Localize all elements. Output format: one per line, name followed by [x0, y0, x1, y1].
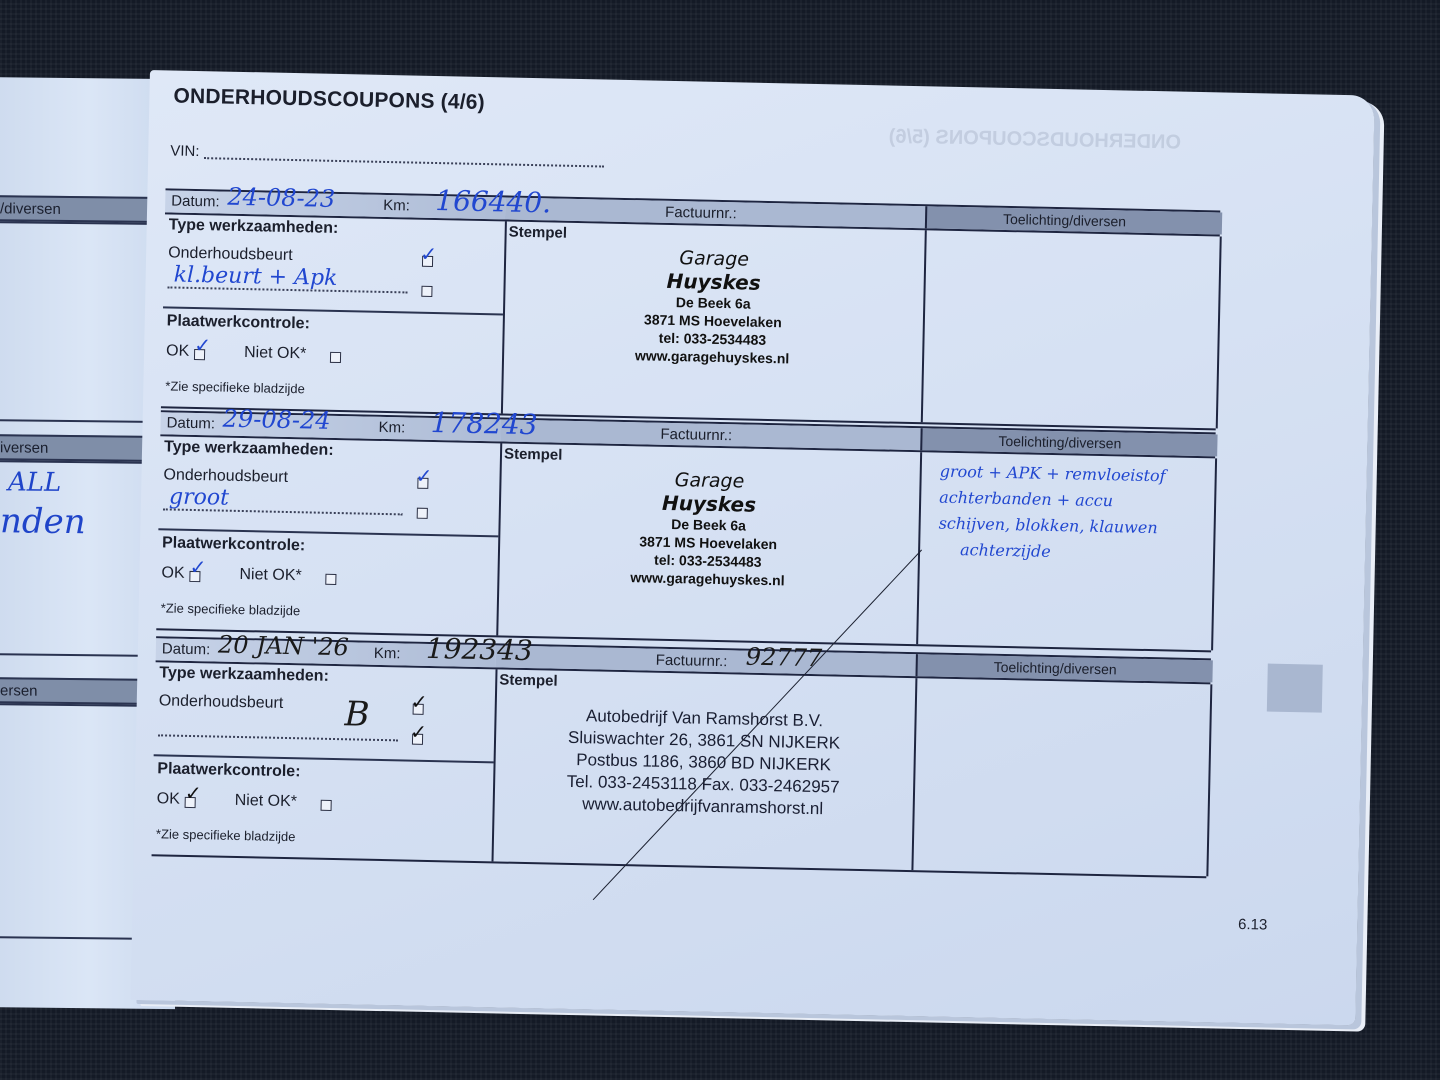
- page-title: ONDERHOUDSCOUPONS (4/6): [173, 84, 485, 115]
- datum-label: Datum:: [171, 192, 220, 210]
- plaatwerk-ok-check-icon: ✓: [194, 333, 211, 358]
- ok-label: OK: [166, 342, 189, 360]
- extra-work-checkbox[interactable]: [417, 508, 428, 519]
- plaatwerk-ok-check-icon: ✓: [185, 781, 202, 806]
- onderhoudsbeurt-check-icon: ✓: [411, 690, 428, 715]
- work-type-cell: Type werkzaamheden: Onderhoudsbeurt ✓ kl…: [161, 214, 507, 413]
- coupon-body: Type werkzaamheden: Onderhoudsbeurt ✓ kl…: [161, 214, 1220, 430]
- stamp-text: GarageHuyskesDe Beek 6a3871 MS Hoevelake…: [497, 465, 919, 592]
- coupon-1: Datum: 24-08-23 Km: 166440. Factuurnr.: …: [161, 188, 1220, 428]
- notes-list: groot + APK + remvloeistofachterbanden +…: [938, 459, 1166, 568]
- km-value[interactable]: 166440.: [435, 184, 551, 219]
- notes-cell: [911, 678, 1212, 876]
- type-werkzaamheden-label: Type werkzaamheden:: [169, 216, 339, 238]
- extra-work-value[interactable]: B: [344, 694, 370, 735]
- niet-ok-label: Niet OK*: [239, 566, 302, 585]
- bleed-through-title: ONDERHOUDSCOUPONS (5/6): [889, 125, 1182, 154]
- plaatwerkcontrole-label: Plaatwerkcontrole:: [167, 312, 311, 333]
- niet-ok-label: Niet OK*: [244, 344, 307, 363]
- booklet-page: ONDERHOUDSCOUPONS (4/6) ONDERHOUDSCOUPON…: [131, 70, 1375, 1025]
- ok-label: OK: [161, 564, 184, 582]
- notes-cell: groot + APK + remvloeistofachterbanden +…: [916, 452, 1217, 650]
- km-value[interactable]: 178243: [430, 406, 538, 441]
- page-number: 6.13: [1238, 916, 1268, 934]
- km-label: Km:: [374, 645, 401, 663]
- coupon-body: Type werkzaamheden: Onderhoudsbeurt ✓ gr…: [156, 436, 1215, 652]
- footnote: *Zie specifieke bladzijde: [165, 378, 305, 396]
- footnote: *Zie specifieke bladzijde: [156, 826, 296, 844]
- work-type-cell: Type werkzaamheden: Onderhoudsbeurt ✓ gr…: [156, 436, 502, 635]
- plaatwerk-niet-ok-checkbox[interactable]: [325, 574, 336, 585]
- notes-cell: [921, 230, 1222, 428]
- type-werkzaamheden-label: Type werkzaamheden:: [164, 438, 334, 460]
- onderhoudsbeurt-check-icon: ✓: [420, 242, 437, 267]
- extra-work-value[interactable]: groot: [169, 484, 229, 510]
- km-value[interactable]: 192343: [426, 632, 534, 667]
- plaatwerkcontrole-label: Plaatwerkcontrole:: [162, 534, 306, 555]
- toelichting-label: Toelichting/diversen: [994, 659, 1117, 678]
- vin-label: VIN:: [170, 142, 200, 160]
- stamp-cell: Stempel GarageHuyskesDe Beek 6a3871 MS H…: [501, 221, 927, 422]
- work-type-cell: Type werkzaamheden: Onderhoudsbeurt ✓ B …: [152, 662, 498, 861]
- vin-field[interactable]: [204, 157, 604, 167]
- stempel-label: Stempel: [509, 224, 568, 242]
- ok-label: OK: [157, 790, 180, 808]
- datum-label: Datum:: [166, 414, 215, 432]
- left-page-handwriting-1: ALL: [8, 467, 61, 498]
- factuurnr-label: Factuurnr.:: [665, 204, 737, 222]
- extra-work-checkbox[interactable]: [421, 286, 432, 297]
- footnote: *Zie specifieke bladzijde: [161, 600, 301, 618]
- plaatwerk-ok-check-icon: ✓: [189, 555, 206, 580]
- factuurnr-label: Factuurnr.:: [660, 426, 732, 444]
- coupon-2: Datum: 29-08-24 Km: 178243 Factuurnr.: T…: [156, 410, 1215, 650]
- niet-ok-label: Niet OK*: [235, 792, 298, 811]
- datum-label: Datum:: [162, 640, 211, 658]
- coupon-3: Datum: 20 JAN '26 Km: 192343 Factuurnr.:…: [152, 636, 1211, 876]
- stamp-text: Autobedrijf Van Ramshorst B.V.Sluiswacht…: [493, 703, 915, 822]
- toelichting-label: Toelichting/diversen: [1003, 211, 1126, 230]
- plaatwerk-niet-ok-checkbox[interactable]: [321, 800, 332, 811]
- type-werkzaamheden-label: Type werkzaamheden:: [159, 664, 329, 686]
- plaatwerkcontrole-label: Plaatwerkcontrole:: [157, 760, 301, 781]
- stamp-text: GarageHuyskesDe Beek 6a3871 MS Hoevelake…: [502, 243, 924, 370]
- onderhoudsbeurt-check-icon: ✓: [415, 464, 432, 489]
- extra-work-check-icon: ✓: [410, 720, 427, 745]
- section-tab-marker: [1267, 664, 1323, 713]
- left-page-header-1: /diversen: [0, 195, 170, 223]
- coupon-body: Type werkzaamheden: Onderhoudsbeurt ✓ B …: [152, 662, 1211, 878]
- onderhoudsbeurt-label: Onderhoudsbeurt: [159, 692, 284, 713]
- note-line: achterzijde: [960, 537, 1164, 567]
- km-label: Km:: [378, 419, 405, 437]
- datum-value[interactable]: 29-08-24: [222, 405, 330, 435]
- km-label: Km:: [383, 197, 410, 215]
- toelichting-label: Toelichting/diversen: [998, 433, 1121, 452]
- plaatwerk-niet-ok-checkbox[interactable]: [330, 352, 341, 363]
- factuurnr-label: Factuurnr.:: [656, 652, 728, 670]
- stamp-cell: Stempel GarageHuyskesDe Beek 6a3871 MS H…: [496, 443, 922, 644]
- stempel-label: Stempel: [504, 446, 563, 464]
- datum-value[interactable]: 20 JAN '26: [218, 631, 349, 662]
- stempel-label: Stempel: [499, 671, 558, 689]
- datum-value[interactable]: 24-08-23: [227, 183, 335, 213]
- stamp-cell: Stempel Autobedrijf Van Ramshorst B.V.Sl…: [492, 669, 918, 870]
- left-page-handwriting-2: nden: [0, 501, 86, 542]
